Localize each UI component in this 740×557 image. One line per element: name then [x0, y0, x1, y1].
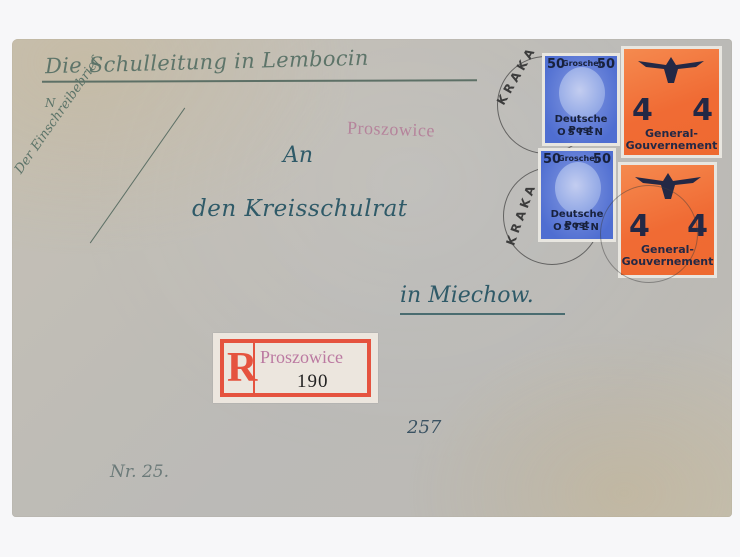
portrait-icon: [555, 162, 601, 214]
registration-r-box: R: [224, 343, 255, 393]
eagle-icon: [636, 55, 706, 85]
pencil-number: 257: [407, 417, 441, 438]
stamp-overprint: Gouvernement: [624, 139, 719, 152]
portrait-icon: [559, 67, 605, 119]
address-line-1: An: [283, 143, 313, 168]
reference-number: Nr. 25.: [110, 462, 169, 482]
stamp-blue-50-groschen: 50 Groschen 50 Deutsche Post OSTEN: [545, 56, 617, 143]
address-line-2: den Kreisschulrat: [192, 196, 408, 222]
address-line-3: in Miechow.: [400, 283, 534, 308]
stamp-overprint: OSTEN: [545, 127, 617, 138]
address-underline: [400, 313, 565, 315]
stamp-orange-4: 4 4 General- Gouvernement: [624, 49, 719, 155]
registration-cachet: Proszowice: [260, 347, 343, 368]
stamp-value: 4: [632, 93, 653, 128]
stamp-value: 50: [593, 152, 611, 167]
registration-number: 190: [297, 371, 329, 393]
registration-label: R 190 Proszowice: [213, 333, 378, 403]
town-cachet: Proszowice: [347, 117, 436, 141]
stamp-value: 4: [692, 93, 713, 128]
postmark-circle: [600, 185, 698, 283]
postmark-text: KRAKA: [503, 180, 539, 247]
stamp-value: 50: [597, 57, 615, 72]
registration-r-letter: R: [227, 345, 257, 391]
